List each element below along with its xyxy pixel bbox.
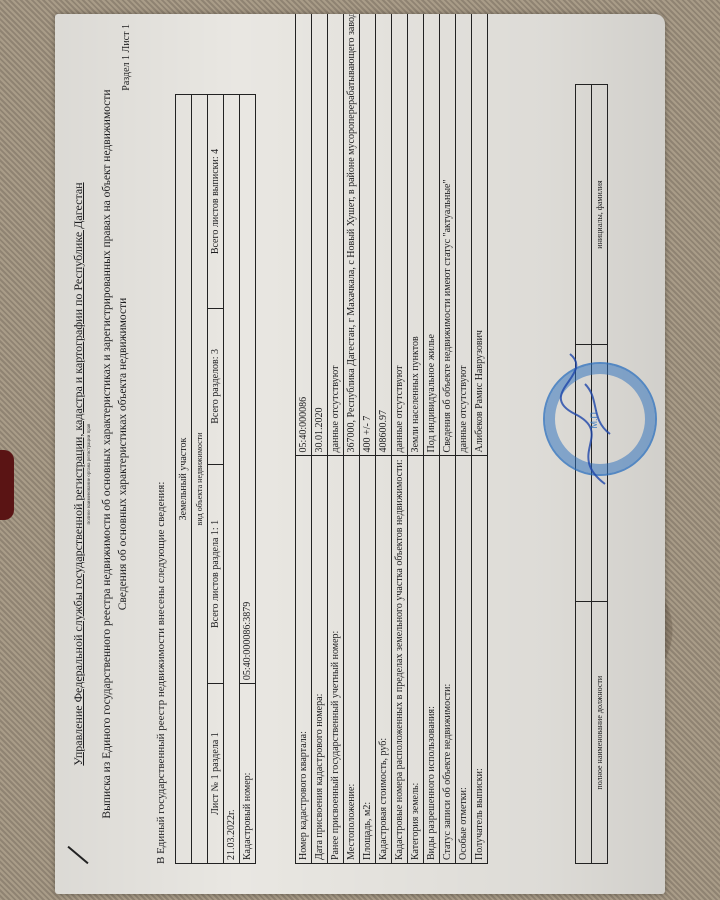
- intro-text: В Единый государственный реестр недвижим…: [155, 482, 167, 864]
- sections-total: Всего разделов: 3: [208, 309, 224, 465]
- field-label: Особые отметки:: [456, 456, 472, 864]
- field-value: Алибеков Рамис Наврузович: [472, 14, 488, 456]
- field-label: Виды разрешенного использования:: [424, 456, 440, 864]
- table-row: Дата присвоения кадастрового номера:30.0…: [312, 14, 328, 864]
- document-title: Выписка из Единого государственного реес…: [101, 14, 113, 894]
- rotated-page-content: Управление Федеральной службы государств…: [55, 14, 665, 894]
- table-row: Виды разрешенного использования:Под инди…: [424, 14, 440, 864]
- field-value: 05:40:000086: [296, 14, 312, 456]
- field-value: Земли населенных пунктов: [408, 14, 424, 456]
- table-row: Кадастровые номера расположенных в преде…: [392, 14, 408, 864]
- field-value: 400 +/- 7: [360, 14, 376, 456]
- field-value: 30.01.2020: [312, 14, 328, 456]
- field-value: Сведения об объекте недвижимости имеют с…: [440, 14, 456, 456]
- object-type-caption: вид объекта недвижимости: [192, 95, 208, 864]
- field-label: Кадастровая стоимость, руб:: [376, 456, 392, 864]
- sheets-total: Всего листов выписки: 4: [208, 95, 224, 309]
- header-table: Земельный участок вид объекта недвижимос…: [175, 94, 256, 864]
- sheets-in-section: Всего листов раздела 1: 1: [208, 464, 224, 683]
- table-row: Местоположение:367000, Республика Дагест…: [344, 14, 360, 864]
- table-row: Кадастровая стоимость, руб:408600.97: [376, 14, 392, 864]
- signature-scribble: [555, 344, 625, 494]
- field-label: Номер кадастрового квартала:: [296, 456, 312, 864]
- field-label: Дата присвоения кадастрового номера:: [312, 456, 328, 864]
- document-sheet: Управление Федеральной службы государств…: [55, 14, 665, 894]
- field-label: Категория земель:: [408, 456, 424, 864]
- field-label: Получатель выписки:: [472, 456, 488, 864]
- object-type: Земельный участок: [176, 95, 192, 864]
- field-label: Кадастровые номера расположенных в преде…: [392, 456, 408, 864]
- organization-name: Управление Федеральной службы государств…: [71, 114, 86, 834]
- field-value: 367000, Республика Дагестан, г Махачкала…: [344, 14, 360, 456]
- field-value: 408600.97: [376, 14, 392, 456]
- field-value: данные отсутствуют: [456, 14, 472, 456]
- extract-date: 21.03.2022г.: [224, 95, 240, 864]
- cadastral-number: 05:40:000086:3879: [240, 95, 256, 684]
- sheet-label: Лист № 1 раздела 1: [208, 684, 224, 864]
- field-label: Местоположение:: [344, 456, 360, 864]
- table-row: Статус записи об объекте недвижимости:Св…: [440, 14, 456, 864]
- table-row: Получатель выписки:Алибеков Рамис Навруз…: [472, 14, 488, 864]
- document-subtitle: Сведения об основных характеристиках объ…: [117, 74, 129, 834]
- field-value: данные отсутствуют: [328, 14, 344, 456]
- organization-caption: полное наименование органа регистрации п…: [87, 114, 92, 834]
- field-label: Статус записи об объекте недвижимости:: [440, 456, 456, 864]
- table-row: Ранее присвоенный государственный учетны…: [328, 14, 344, 864]
- table-row: Площадь, м2:400 +/- 7: [360, 14, 376, 864]
- characteristics-table: Номер кадастрового квартала:05:40:000086…: [295, 14, 488, 864]
- cadastral-number-label: Кадастровый номер:: [240, 684, 256, 864]
- name-caption: инициалы, фамилия: [592, 85, 608, 345]
- field-value: Под индивидуальное жилье: [424, 14, 440, 456]
- field-label: Ранее присвоенный государственный учетны…: [328, 456, 344, 864]
- table-row: Номер кадастрового квартала:05:40:000086: [296, 14, 312, 864]
- table-row: Особые отметки:данные отсутствуют: [456, 14, 472, 864]
- field-value: данные отсутствуют: [392, 14, 408, 456]
- position-caption: полное наименование должности: [592, 602, 608, 864]
- table-row: Категория земель:Земли населенных пункто…: [408, 14, 424, 864]
- background-object: [0, 450, 14, 520]
- field-label: Площадь, м2:: [360, 456, 376, 864]
